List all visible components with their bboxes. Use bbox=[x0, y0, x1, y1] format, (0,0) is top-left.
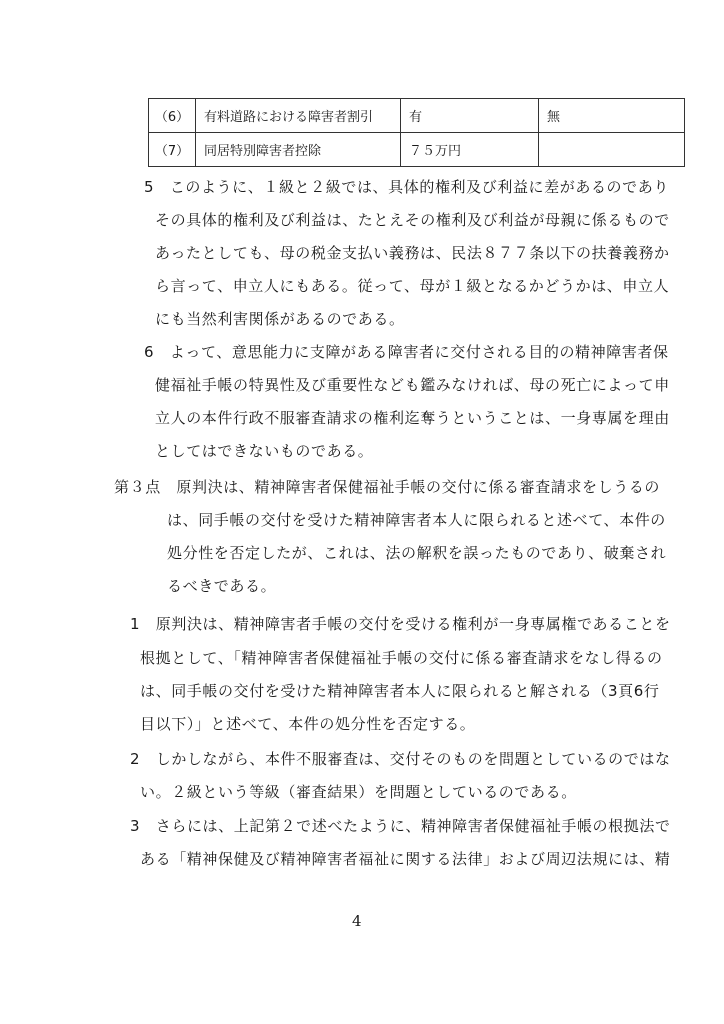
paragraph-5-line: その具体的権利及び利益は、たとえその権利及び利益が母親に係るもので bbox=[155, 210, 670, 230]
paragraph-6-line: 健福祉手帳の特異性及び重要性なども鑑みなければ、母の死亡によって申 bbox=[155, 375, 670, 395]
row-grade2-value: 無 bbox=[539, 99, 685, 133]
item-3-line: ある「精神保健及び精神障害者福祉に関する法律」および周辺法規には、精 bbox=[140, 849, 670, 869]
paragraph-6-line: としてはできないものである。 bbox=[155, 441, 373, 461]
item-1-line: 1 原判決は、精神障害者手帳の交付を受ける権利が一身専属権であることを bbox=[130, 614, 671, 634]
item-2-line: 2 しかしながら、本件不服審査は、交付そのものを問題としているのではな bbox=[130, 749, 671, 769]
row-item: 有料道路における障害者割引 bbox=[196, 99, 401, 133]
item-1-line: 目以下）」と述べて、本件の処分性を否定する。 bbox=[140, 714, 475, 734]
section-3-line: は、同手帳の交付を受けた精神障害者本人に限られると述べて、本件の bbox=[167, 510, 666, 530]
row-item: 同居特別障害者控除 bbox=[196, 133, 401, 167]
item-1-line: 根拠として、「精神障害者保健福祉手帳の交付に係る審査請求をなし得るの bbox=[140, 648, 663, 668]
section-3-heading-line: 第３点 原判決は、精神障害者保健福祉手帳の交付に係る審査請求をしうるの bbox=[114, 477, 660, 497]
paragraph-5-line: あったとしても、母の税金支払い義務は、民法８７７条以下の扶養義務か bbox=[155, 243, 670, 263]
row-number: （7） bbox=[149, 133, 196, 167]
page-number: 4 bbox=[352, 912, 362, 930]
paragraph-5-line: ら言って、申立人にもある。従って、母が１級となるかどうかは、申立人 bbox=[155, 276, 669, 296]
item-3-line: 3 さらには、上記第２で述べたように、精神障害者保健福祉手帳の根拠法で bbox=[130, 816, 671, 836]
row-number: （6） bbox=[149, 99, 196, 133]
row-grade1-value: ７５万円 bbox=[401, 133, 539, 167]
table-row: （6） 有料道路における障害者割引 有 無 bbox=[149, 99, 685, 133]
item-1-line: は、同手帳の交付を受けた精神障害者本人に限られると解される（3頁6行 bbox=[140, 681, 660, 701]
section-3-line: るべきである。 bbox=[167, 576, 276, 596]
benefits-comparison-table: （6） 有料道路における障害者割引 有 無 （7） 同居特別障害者控除 ７５万円 bbox=[148, 98, 685, 167]
document-page: （6） 有料道路における障害者割引 有 無 （7） 同居特別障害者控除 ７５万円… bbox=[0, 0, 724, 1024]
section-3-line: 処分性を否定したが、これは、法の解釈を誤ったものであり、破棄され bbox=[167, 543, 666, 563]
paragraph-6-line: 6 よって、意思能力に支障がある障害者に交付される目的の精神障害者保 bbox=[144, 342, 669, 362]
table-row: （7） 同居特別障害者控除 ７５万円 bbox=[149, 133, 685, 167]
paragraph-5-line: 5 このように、１級と２級では、具体的権利及び利益に差があるのであり bbox=[144, 177, 669, 197]
paragraph-6-line: 立人の本件行政不服審査請求の権利迄奪うということは、一身専属を理由 bbox=[155, 408, 670, 428]
item-2-line: い。２級という等級（審査結果）を問題としているのである。 bbox=[140, 782, 577, 802]
paragraph-5-line: にも当然利害関係があるのである。 bbox=[155, 309, 405, 329]
row-grade2-value bbox=[539, 133, 685, 167]
row-grade1-value: 有 bbox=[401, 99, 539, 133]
